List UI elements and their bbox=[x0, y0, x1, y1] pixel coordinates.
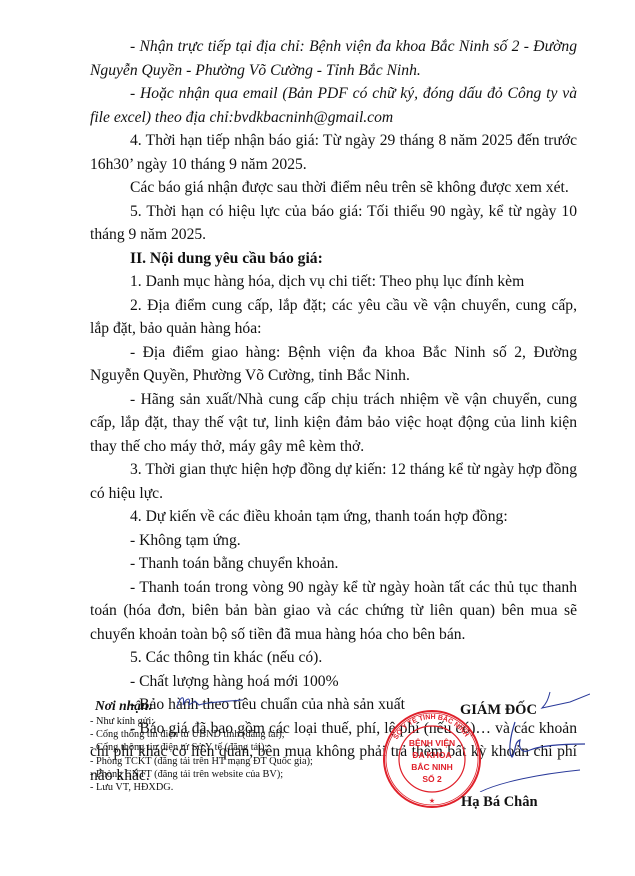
paragraph-item-4: 4. Dự kiến về các điều khoản tạm ứng, th… bbox=[90, 505, 577, 529]
paragraph-no-advance: - Không tạm ứng. bbox=[90, 529, 577, 553]
paragraph-bank-transfer: - Thanh toán bằng chuyển khoản. bbox=[90, 552, 577, 576]
recipient-item: - Như kính gửi; bbox=[90, 715, 380, 728]
document-body: - Nhận trực tiếp tại địa chỉ: Bệnh viện … bbox=[90, 35, 577, 787]
paragraph-item-3: 3. Thời gian thực hiện hợp đồng dự kiến:… bbox=[90, 458, 577, 505]
paragraph-validity: 5. Thời hạn có hiệu lực của báo giá: Tối… bbox=[90, 200, 577, 247]
paragraph-late-notice: Các báo giá nhận được sau thời điểm nêu … bbox=[90, 176, 577, 200]
recipient-item: - Lưu VT, HĐXDG. bbox=[90, 781, 380, 794]
initial-signature-icon bbox=[175, 693, 245, 713]
paragraph-payment-terms: - Thanh toán trong vòng 90 ngày kể từ ng… bbox=[90, 576, 577, 647]
recipient-item: - Phòng CNTT (đăng tải trên website của … bbox=[90, 768, 380, 781]
paragraph-manufacturer-responsibility: - Hãng sản xuất/Nhà cung cấp chịu trách … bbox=[90, 388, 577, 459]
director-signature-icon bbox=[430, 682, 590, 792]
paragraph-receive-direct: - Nhận trực tiếp tại địa chỉ: Bệnh viện … bbox=[90, 35, 577, 82]
recipient-item: - Phòng TCKT (đăng tải trên HT mạng ĐT Q… bbox=[90, 755, 380, 768]
paragraph-deadline: 4. Thời hạn tiếp nhận báo giá: Từ ngày 2… bbox=[90, 129, 577, 176]
paragraph-receive-email: - Hoặc nhận qua email (Bản PDF có chữ ký… bbox=[90, 82, 577, 129]
document-footer: Nơi nhận: - Như kính gửi; - Cổng thông t… bbox=[90, 697, 580, 847]
paragraph-item-1: 1. Danh mục hàng hóa, dịch vụ chi tiết: … bbox=[90, 270, 577, 294]
svg-text:★: ★ bbox=[429, 797, 435, 805]
paragraph-delivery-location: - Địa điểm giao hàng: Bệnh viện đa khoa … bbox=[90, 341, 577, 388]
paragraph-item-2: 2. Địa điểm cung cấp, lắp đặt; các yêu c… bbox=[90, 294, 577, 341]
recipient-item: - Cổng thông tin điện tử UBND tỉnh (đăng… bbox=[90, 728, 380, 741]
signer-name: Hạ Bá Chân bbox=[461, 794, 538, 811]
section-heading-ii: II. Nội dung yêu cầu báo giá: bbox=[90, 247, 577, 271]
paragraph-item-5: 5. Các thông tin khác (nếu có). bbox=[90, 646, 577, 670]
recipient-item: - Cổng thông tin điện tử Sở Y tế (đăng t… bbox=[90, 741, 380, 754]
